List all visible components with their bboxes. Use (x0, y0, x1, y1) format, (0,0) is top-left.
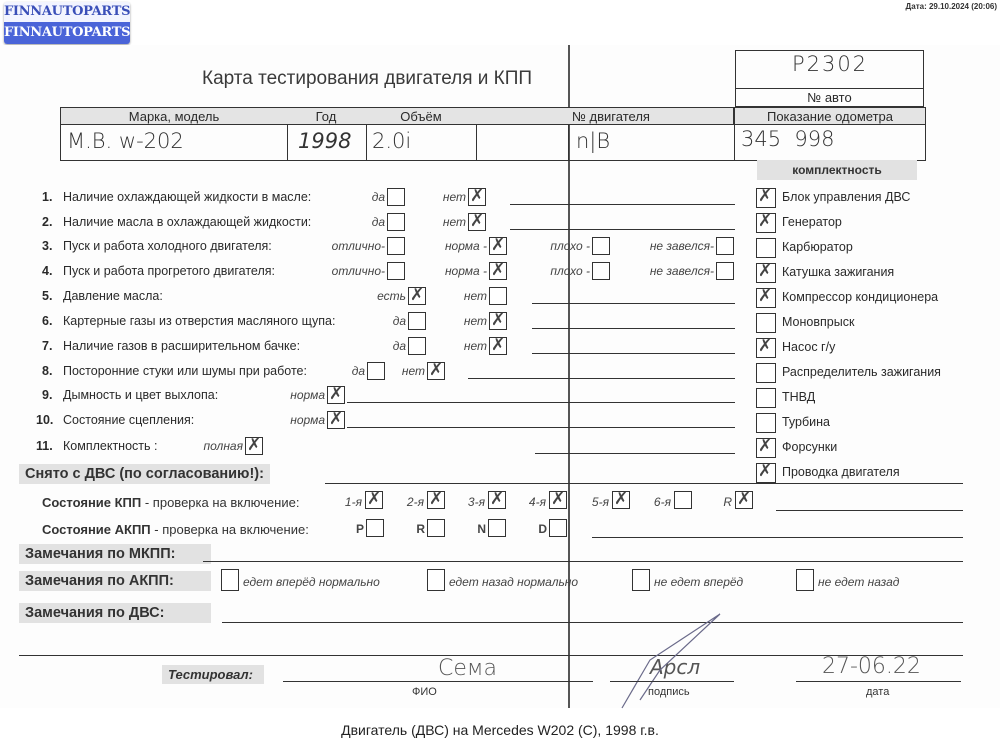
odometer-cell: 345 998 (734, 124, 926, 161)
option-checkbox[interactable] (408, 312, 426, 330)
manual-gear-checkbox[interactable] (488, 491, 506, 509)
volume-cell: 2.0i (366, 124, 477, 161)
akpp-option-label: не едет назад (818, 575, 899, 589)
manual-gear-label: 6-я (654, 495, 671, 509)
akpp-option-label: едет назад нормально (449, 575, 578, 589)
header-engine-no: № двигателя (568, 107, 734, 124)
question-text: Наличие масла в охлаждающей жидкости: (63, 215, 311, 229)
question-number: 2. (42, 215, 52, 229)
date-value: 27-06.22 (822, 654, 921, 679)
year-value: 1998 (298, 129, 351, 153)
tested-by-label: Тестировал: (162, 665, 264, 684)
option-checkbox[interactable] (427, 362, 445, 380)
question-text: Посторонние стуки или шумы при работе: (63, 364, 307, 378)
note-line[interactable] (510, 204, 735, 205)
option-checkbox[interactable] (408, 287, 426, 305)
question-number: 3. (42, 239, 52, 253)
manual-gearbox-label: Состояние КПП - проверка на включение: (42, 495, 299, 510)
manual-gear-checkbox[interactable] (612, 491, 630, 509)
fio-line[interactable] (283, 681, 593, 682)
header-volume: Объём (366, 107, 477, 125)
option-label: да (372, 215, 385, 229)
remarks-akpp-label: Замечания по АКПП: (19, 571, 211, 591)
remarks-dvs-label: Замечания по ДВС: (19, 603, 211, 623)
manual-gear-label: 2-я (407, 495, 424, 509)
manual-gear-label: 5-я (592, 495, 609, 509)
question-number: 1. (42, 190, 52, 204)
option-checkbox[interactable] (489, 337, 507, 355)
option-checkbox[interactable] (387, 262, 405, 280)
completeness-checkbox[interactable] (756, 463, 776, 483)
engine-no-cell: n|B (568, 124, 735, 161)
signature-label: подпись (648, 686, 690, 698)
auto-gearbox-label: Состояние АКПП - проверка на включение: (42, 522, 309, 537)
option-label: плохо - (550, 264, 590, 278)
completeness-item-label: ТНВД (782, 390, 815, 404)
completeness-item-label: Блок управления ДВС (782, 190, 910, 204)
question-text: Состояние сцепления: (63, 413, 194, 427)
signature-line[interactable] (610, 681, 734, 682)
option-label: да (393, 314, 406, 328)
date-stamp: Дата: 29.10.2024 (20:06) (906, 2, 997, 11)
manual-gearbox-rest: - проверка на включение: (141, 495, 299, 510)
auto-gear-checkbox[interactable] (488, 519, 506, 537)
auto-gear-label: R (416, 522, 425, 536)
auto-gear-checkbox[interactable] (549, 519, 567, 537)
header-odometer: Показание одометра (734, 107, 926, 125)
auto-gearbox-rest: - проверка на включение: (151, 522, 309, 537)
option-label: норма - (445, 239, 487, 253)
completeness-checkbox[interactable] (756, 313, 776, 333)
auto-number-value: P2302 (745, 52, 915, 76)
question-text: Наличие охлаждающей жидкости в масле: (63, 190, 311, 204)
option-label: да (372, 190, 385, 204)
logo-bottom-text: FINNAUTOPARTS (4, 22, 130, 44)
akpp-option-label: едет вперёд нормально (243, 575, 380, 589)
option-label: не завелся- (650, 264, 714, 278)
option-checkbox[interactable] (468, 188, 486, 206)
remarks-mkpp-label: Замечания по МКПП: (19, 544, 211, 564)
option-label: отлично- (332, 239, 385, 253)
completeness-item-label: Компрессор кондиционера (782, 290, 938, 304)
manual-gear-label: R (723, 495, 732, 509)
option-checkbox[interactable] (327, 386, 345, 404)
auto-gearbox-title: Состояние АКПП (42, 522, 151, 537)
note-line[interactable] (347, 427, 735, 428)
completeness-item-label: Распределитель зажигания (782, 365, 941, 379)
finnautoparts-logo: FINNAUTOPARTS FINNAUTOPARTS (4, 2, 130, 44)
make-model-cell: M.B. w-202 (60, 124, 288, 161)
akpp-option-checkbox[interactable] (796, 569, 814, 591)
manual-gear-checkbox[interactable] (735, 491, 753, 509)
question-number: 8. (42, 364, 52, 378)
completeness-item-label: Карбюратор (782, 240, 853, 254)
remarks-dvs-line[interactable] (222, 622, 963, 623)
auto-gear-label: P (356, 522, 364, 536)
note-line[interactable] (535, 453, 735, 454)
option-checkbox[interactable] (489, 287, 507, 305)
image-caption: Двигатель (ДВС) на Mercedes W202 (C), 19… (0, 722, 1000, 738)
question-text: Комплектность : (63, 439, 157, 453)
option-checkbox[interactable] (489, 262, 507, 280)
completeness-item-label: Проводка двигателя (782, 465, 900, 479)
option-checkbox[interactable] (387, 188, 405, 206)
question-text: Наличие газов в расширительном бачке: (63, 339, 300, 353)
option-checkbox[interactable] (327, 411, 345, 429)
completeness-item-label: Форсунки (782, 440, 837, 454)
option-label: нет (464, 339, 487, 353)
manual-gearbox-title: Состояние КПП (42, 495, 141, 510)
completeness-header: комплектность (757, 160, 917, 180)
manual-gear-label: 4-я (529, 495, 546, 509)
removed-line[interactable] (325, 483, 963, 484)
manual-gearbox-line[interactable] (776, 510, 963, 511)
note-line[interactable] (532, 303, 735, 304)
option-checkbox[interactable] (468, 213, 486, 231)
form-title: Карта тестирования двигателя и КПП (202, 68, 532, 90)
question-text: Давление масла: (63, 289, 163, 303)
option-checkbox[interactable] (387, 237, 405, 255)
option-checkbox[interactable] (489, 312, 507, 330)
completeness-checkbox[interactable] (756, 388, 776, 408)
odometer-value: 345 998 (741, 127, 835, 151)
option-checkbox[interactable] (592, 262, 610, 280)
note-line[interactable] (532, 353, 735, 354)
question-number: 6. (42, 314, 52, 328)
question-text: Дымность и цвет выхлопа: (63, 388, 218, 402)
fio-value: Сема (438, 656, 497, 681)
option-label: да (352, 364, 365, 378)
question-number: 10. (36, 413, 53, 427)
completeness-checkbox[interactable] (756, 263, 776, 283)
auto-gear-checkbox[interactable] (366, 519, 384, 537)
date-label: дата (866, 686, 889, 698)
manual-gear-checkbox[interactable] (427, 491, 445, 509)
option-label: не завелся- (650, 239, 714, 253)
fio-label: ФИО (412, 686, 437, 698)
completeness-checkbox[interactable] (756, 363, 776, 383)
option-label: норма (290, 388, 325, 402)
question-number: 4. (42, 264, 52, 278)
completeness-item-label: Моновпрыск (782, 315, 854, 329)
option-label: полная (204, 439, 243, 453)
option-label: нет (443, 190, 466, 204)
option-label: нет (464, 289, 487, 303)
option-checkbox[interactable] (716, 262, 734, 280)
header-make-model: Марка, модель (60, 107, 288, 125)
akpp-option-label: не едет вперёд (654, 575, 743, 589)
completeness-item-label: Турбина (782, 415, 830, 429)
year-cell: 1998 (286, 124, 367, 161)
removed-label: Снято с ДВС (по согласованию!): (19, 464, 270, 484)
auto-gear-checkbox[interactable] (427, 519, 445, 537)
option-label: норма (290, 413, 325, 427)
completeness-checkbox[interactable] (756, 338, 776, 358)
question-number: 7. (42, 339, 52, 353)
manual-gear-checkbox[interactable] (365, 491, 383, 509)
manual-gear-checkbox[interactable] (674, 491, 692, 509)
question-number: 11. (36, 439, 53, 453)
option-checkbox[interactable] (367, 362, 385, 380)
question-text: Картерные газы из отверстия масляного щу… (63, 314, 335, 328)
auto-gearbox-line[interactable] (592, 537, 963, 538)
auto-number-label: № авто (735, 88, 924, 107)
completeness-checkbox[interactable] (756, 288, 776, 308)
blank-cell (476, 124, 569, 161)
note-line[interactable] (532, 328, 735, 329)
question-number: 9. (42, 388, 52, 402)
question-number: 5. (42, 289, 52, 303)
option-checkbox[interactable] (489, 237, 507, 255)
manual-gear-label: 3-я (468, 495, 485, 509)
note-line[interactable] (468, 378, 735, 379)
option-checkbox[interactable] (408, 337, 426, 355)
akpp-option-checkbox[interactable] (427, 569, 445, 591)
logo-top-text: FINNAUTOPARTS (4, 2, 130, 22)
option-checkbox[interactable] (592, 237, 610, 255)
completeness-item-label: Насос г/у (782, 340, 835, 354)
option-checkbox[interactable] (716, 237, 734, 255)
akpp-option-checkbox[interactable] (632, 569, 650, 591)
option-label: отлично- (332, 264, 385, 278)
remarks-mkpp-line[interactable] (203, 561, 963, 562)
option-label: норма - (445, 264, 487, 278)
completeness-checkbox[interactable] (756, 413, 776, 433)
auto-gear-label: D (538, 522, 547, 536)
completeness-checkbox[interactable] (756, 213, 776, 233)
akpp-option-checkbox[interactable] (221, 569, 239, 591)
question-text: Пуск и работа прогретого двигателя: (63, 264, 275, 278)
manual-gear-checkbox[interactable] (549, 491, 567, 509)
make-model-value: M.B. w-202 (67, 129, 184, 153)
note-line[interactable] (347, 402, 735, 403)
auto-gear-label: N (477, 522, 486, 536)
header-blank (476, 107, 569, 125)
volume-value: 2.0i (372, 129, 411, 153)
option-label: нет (443, 215, 466, 229)
option-label: есть (377, 289, 406, 303)
header-year: Год (286, 107, 367, 125)
option-label: да (393, 339, 406, 353)
manual-gear-label: 1-я (345, 495, 362, 509)
option-checkbox[interactable] (387, 213, 405, 231)
completeness-checkbox[interactable] (756, 188, 776, 208)
option-label: нет (464, 314, 487, 328)
completeness-checkbox[interactable] (756, 238, 776, 258)
completeness-item-label: Генератор (782, 215, 842, 229)
option-label: плохо - (550, 239, 590, 253)
date-line[interactable] (796, 681, 961, 682)
option-checkbox[interactable] (245, 437, 263, 455)
option-label: нет (402, 364, 425, 378)
completeness-checkbox[interactable] (756, 438, 776, 458)
question-text: Пуск и работа холодного двигателя: (63, 239, 272, 253)
note-line[interactable] (510, 229, 735, 230)
completeness-item-label: Катушка зажигания (782, 265, 894, 279)
engine-no-value: n|B (576, 129, 610, 153)
